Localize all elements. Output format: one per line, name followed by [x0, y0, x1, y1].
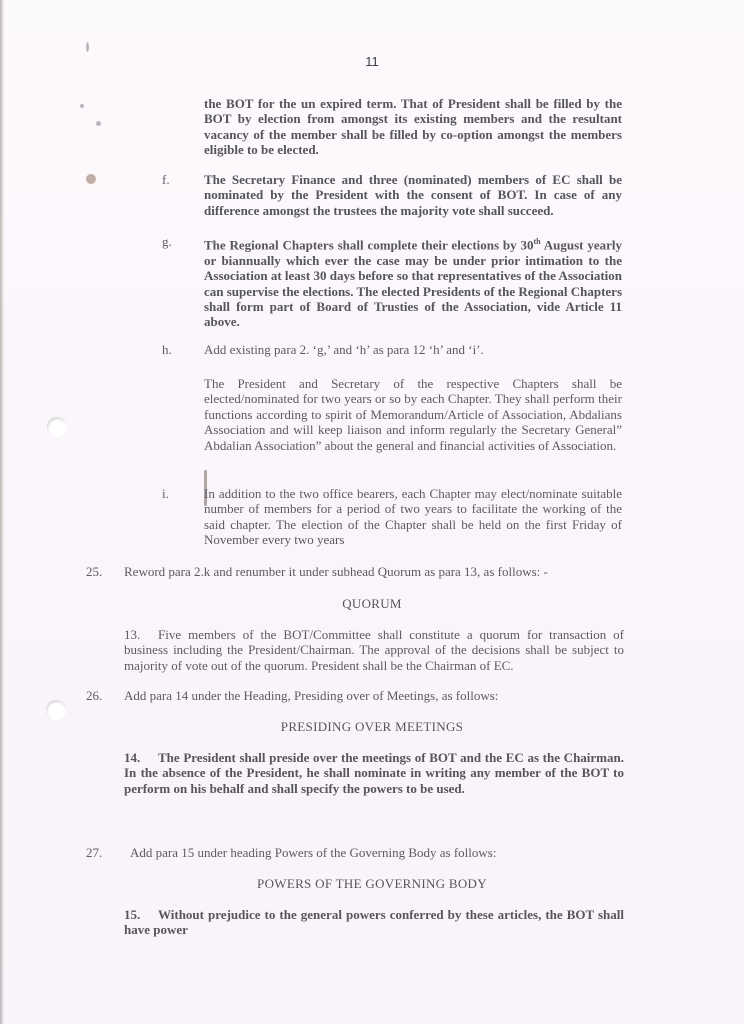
item-marker-i: i. — [162, 486, 169, 502]
heading-presiding-over-meetings: PRESIDING OVER MEETINGS — [0, 719, 744, 735]
continuation-paragraph: the BOT for the un expired term. That of… — [204, 96, 622, 158]
heading-powers-of-the-governing-body: POWERS OF THE GOVERNING BODY — [0, 876, 744, 892]
section-number-25: 25. — [86, 564, 102, 580]
item-marker-g: g. — [162, 234, 172, 250]
item-marker-f: f. — [162, 172, 170, 188]
item-h-subparagraph: The President and Secretary of the respe… — [204, 376, 622, 453]
para-13: 13.Five members of the BOT/Committee sha… — [124, 627, 624, 673]
para-15-text: Without prejudice to the general powers … — [124, 907, 624, 937]
para-15: 15.Without prejudice to the general powe… — [124, 907, 624, 938]
item-marker-h: h. — [162, 342, 172, 358]
item-g-superscript: th — [534, 237, 541, 246]
para-13-number: 13. — [124, 627, 158, 642]
section-number-27: 27. — [86, 845, 102, 861]
page-number: 11 — [0, 54, 744, 69]
item-g-text: The Regional Chapters shall complete the… — [204, 234, 622, 330]
section-25-instruction: Reword para 2.k and renumber it under su… — [124, 564, 624, 579]
page-edge-shadow — [0, 0, 4, 1024]
section-27-instruction: Add para 15 under heading Powers of the … — [130, 845, 630, 860]
scan-speck — [86, 42, 89, 52]
para-15-number: 15. — [124, 907, 158, 922]
punch-hole — [46, 700, 66, 720]
item-f-text: The Secretary Finance and three (nominat… — [204, 172, 622, 218]
para-14-number: 14. — [124, 750, 158, 765]
scan-speck — [86, 174, 96, 184]
para-14: 14.The President shall preside over the … — [124, 750, 624, 796]
scan-speck — [96, 121, 101, 126]
section-26-instruction: Add para 14 under the Heading, Presiding… — [124, 688, 624, 703]
para-14-text: The President shall preside over the mee… — [124, 750, 624, 796]
punch-hole — [47, 417, 67, 437]
item-g-text-start: The Regional Chapters shall complete the… — [204, 237, 534, 252]
scan-speck — [80, 104, 84, 108]
item-h-text: Add existing para 2. ‘g,’ and ‘h’ as par… — [204, 342, 622, 357]
item-i-text: In addition to the two office bearers, e… — [204, 486, 622, 548]
para-13-text: Five members of the BOT/Committee shall … — [124, 627, 624, 673]
section-number-26: 26. — [86, 688, 102, 704]
heading-quorum: QUORUM — [0, 596, 744, 612]
scanned-page: 11 the BOT for the un expired term. That… — [0, 0, 744, 1024]
